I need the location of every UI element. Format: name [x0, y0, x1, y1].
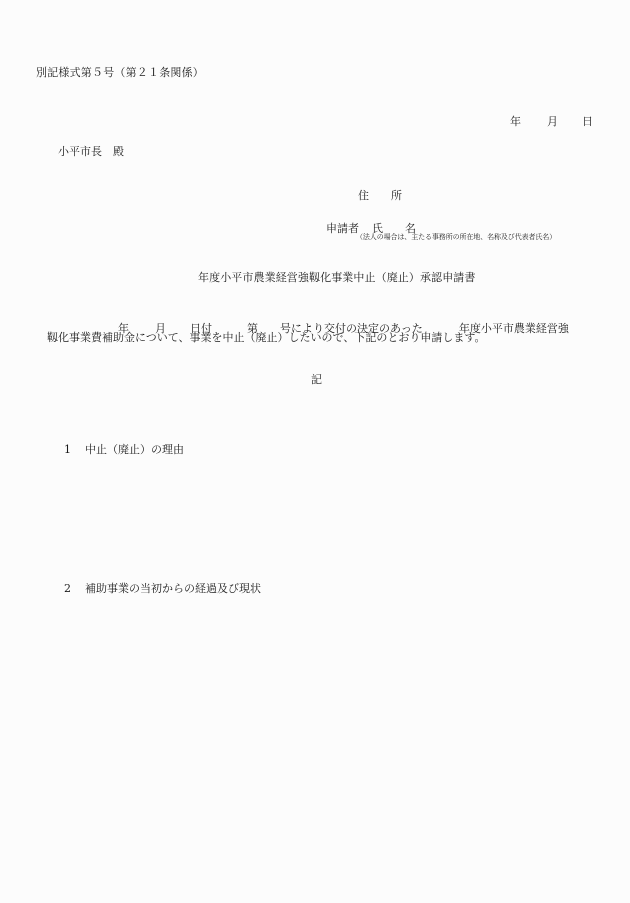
date-month-label: 月: [547, 116, 558, 127]
body-line-2: 靱化事業費補助金について、事業を中止（廃止）したいので、下記のとおり申請します。: [47, 332, 485, 343]
item-2-content-area: [70, 592, 590, 882]
document-title: 年度小平市農業経営強靱化事業中止（廃止）承認申請書: [198, 272, 476, 283]
item-1-content-area: [70, 452, 590, 562]
addressee: 小平市長 殿: [58, 146, 124, 157]
applicant-note: （法人の場合は、主たる事務所の所在地、名称及び代表者氏名）: [356, 234, 556, 241]
date-day-label: 日: [582, 116, 593, 127]
applicant-label: 申請者: [326, 222, 359, 235]
form-number: 別記様式第５号（第２１条関係）: [36, 67, 204, 78]
address-label: 住 所: [358, 190, 402, 201]
date-year-label: 年: [510, 116, 521, 127]
date-line: 年月日: [496, 105, 593, 138]
ki-heading: 記: [311, 374, 322, 385]
